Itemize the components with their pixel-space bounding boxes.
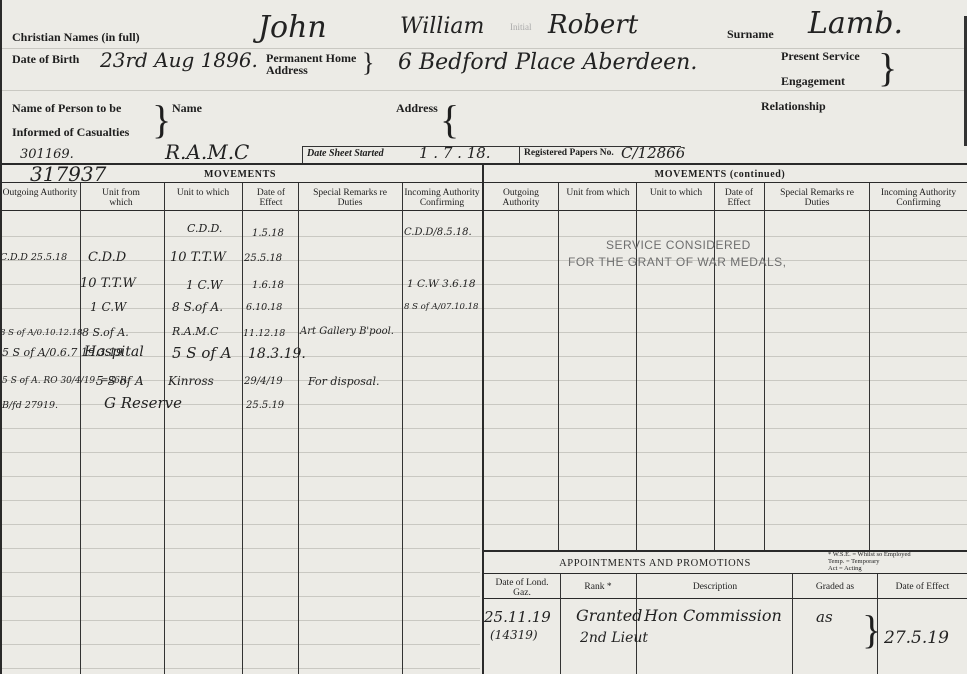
cell-outgoing: B/fd 27919. <box>2 400 58 411</box>
date-of-birth-label: Date of Birth <box>12 52 79 67</box>
cell-to: 1 C.W <box>186 278 222 292</box>
initial-faint-label: Initial <box>510 22 532 32</box>
col-outgoing-authority: Outgoing Authority <box>486 188 556 208</box>
col-unit-to: Unit to which <box>170 188 236 198</box>
cell-from: C.D.D <box>88 250 126 265</box>
col-incoming-authority: Incoming Authority Confirming <box>870 188 967 208</box>
cell-gazette-date: 25.11.19 <box>484 608 551 626</box>
casualty-contact-label-line2: Informed of Casualties <box>12 125 129 140</box>
cell-incoming: C.D.D/8.5.18. <box>404 227 472 238</box>
medals-stamp-line1: SERVICE CONSIDERED <box>606 238 751 252</box>
christian-name-2: William <box>400 14 484 39</box>
movements-continued-title: MOVEMENTS (continued) <box>620 169 820 180</box>
cell-date: 1.5.18 <box>252 228 284 239</box>
cell-graded-as: as <box>816 608 833 626</box>
name-label: Name <box>172 101 202 116</box>
registered-papers-value: C/12866 <box>621 144 685 162</box>
col-special-remarks: Special Remarks re Duties <box>304 188 396 208</box>
cell-incoming: 1 C.W 3.6.18 <box>407 278 476 290</box>
brace: } <box>878 44 897 91</box>
cell-gazette-ref: (14319) <box>490 628 538 642</box>
cell-outgoing: C.D.D 25.5.18 <box>0 252 67 263</box>
cell-rank: Granted <box>576 606 642 625</box>
cell-to: 8 S.of A. <box>172 300 223 314</box>
christian-name-3: Robert <box>548 10 638 40</box>
surname-value: Lamb. <box>808 6 903 41</box>
cell-from: Hospital <box>84 344 144 360</box>
cell-from: 1 C.W <box>90 300 126 314</box>
brace: } <box>862 606 881 653</box>
cell-from: 10 T.T.W <box>80 276 136 291</box>
col-unit-from: Unit from which <box>562 188 634 198</box>
present-service-label: Present Service <box>781 49 860 64</box>
cell-outgoing: 8 S of A/0.10.12.18 <box>0 328 83 338</box>
medals-stamp-line2: FOR THE GRANT OF WAR MEDALS, <box>568 255 786 269</box>
cell-to: Kinross <box>168 374 214 388</box>
legend-act: Act = Acting <box>828 565 911 572</box>
cell-date: 29/4/19 <box>244 376 283 387</box>
movements-title: MOVEMENTS <box>160 169 320 180</box>
cell-to: R.A.M.C <box>172 325 218 338</box>
date-sheet-started-label: Date Sheet Started <box>307 148 384 159</box>
brace: } <box>152 96 171 143</box>
cell-to: 5 S of A <box>172 344 232 362</box>
cell-date: 25.5.18 <box>244 253 282 264</box>
cell-date: 18.3.19. <box>248 346 306 362</box>
legend-temp: Temp. = Temporary <box>828 558 911 565</box>
cell-date: 1.6.18 <box>252 280 284 291</box>
page-border <box>0 0 2 674</box>
cell-from: 8 S.of A. <box>82 326 129 339</box>
col-date-of-effect: Date of Effect <box>246 188 296 208</box>
col-outgoing-authority: Outgoing Authority <box>0 188 80 198</box>
address-label: Address <box>396 101 438 116</box>
cell-to: C.D.D. <box>187 222 222 235</box>
engagement-label: Engagement <box>781 74 845 89</box>
cell-remarks: Art Gallery B'pool. <box>300 326 394 337</box>
col-description: Description <box>640 582 790 592</box>
cell-to: 10 T.T.W <box>170 250 226 265</box>
casualty-contact-label-line1: Name of Person to be <box>12 101 121 116</box>
rank-abbrev-legend: * W.S.E. = Whilst so Employed Temp. = Te… <box>828 551 911 572</box>
relationship-label: Relationship <box>761 99 826 114</box>
date-of-birth-value: 23rd Aug 1896. <box>100 48 258 72</box>
registered-papers-label: Registered Papers No. <box>524 148 614 158</box>
cell-date: 11.12.18 <box>243 328 285 339</box>
cell-from: G Reserve <box>104 394 182 412</box>
col-graded-as: Graded as <box>794 582 876 592</box>
col-date-of-effect: Date of Effect <box>878 582 967 592</box>
regimental-number-old: 301169. <box>20 147 74 162</box>
brace: } <box>362 48 374 78</box>
date-sheet-started-value: 1 . 7 . 18. <box>419 144 491 162</box>
cell-date-of-effect: 27.5.19 <box>884 628 949 648</box>
sheet-info-box: Date Sheet Started 1 . 7 . 18. Registere… <box>302 146 681 163</box>
corps-value: R.A.M.C <box>165 140 249 164</box>
cell-description: Hon Commission <box>644 606 782 625</box>
cell-date: 6.10.18 <box>246 302 282 313</box>
permanent-home-address-label: Permanent Home Address <box>266 52 376 76</box>
cell-date: 25.5.19 <box>246 400 284 411</box>
christian-name-1: John <box>258 10 327 45</box>
cell-incoming: 8 S of A/07.10.18 <box>404 302 478 312</box>
cell-remarks: For disposal. <box>308 375 380 388</box>
cell-from: 5 S of A <box>96 374 144 388</box>
col-rank: Rank * <box>562 582 634 592</box>
col-incoming-authority: Incoming Authority Confirming <box>402 188 482 208</box>
permanent-home-address-value: 6 Bedford Place Aberdeen. <box>398 50 697 75</box>
col-unit-from: Unit from which <box>90 188 152 208</box>
appointments-title: APPOINTMENTS AND PROMOTIONS <box>540 558 770 569</box>
surname-label: Surname <box>727 27 774 42</box>
cell-rank-line2: 2nd Lieut <box>580 630 648 646</box>
christian-names-label: Christian Names (in full) <box>12 30 140 45</box>
legend-wse: * W.S.E. = Whilst so Employed <box>828 551 911 558</box>
col-date-of-effect: Date of Effect <box>716 188 762 208</box>
col-unit-to: Unit to which <box>640 188 712 198</box>
col-gazette-date: Date of Lond. Gaz. <box>486 578 558 598</box>
brace: { <box>440 96 459 143</box>
col-special-remarks: Special Remarks re Duties <box>768 188 866 208</box>
